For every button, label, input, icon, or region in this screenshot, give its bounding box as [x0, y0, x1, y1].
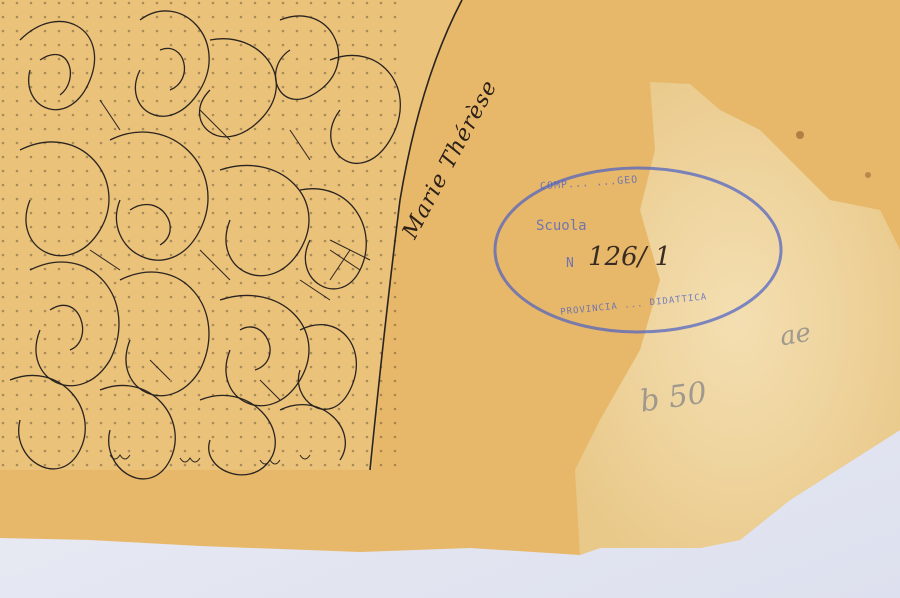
photo-scene: Marie Thérèse COMP... ...GEO Scuola N 12… — [0, 0, 900, 598]
stamp-scuola-label: Scuola — [536, 218, 587, 234]
inventory-number: 126/ 1 — [588, 242, 671, 272]
pencil-mark: ae — [778, 318, 814, 353]
stamp-number-label: N — [566, 256, 574, 271]
pricking-holes — [0, 0, 400, 470]
lace-pattern-card — [0, 0, 900, 598]
